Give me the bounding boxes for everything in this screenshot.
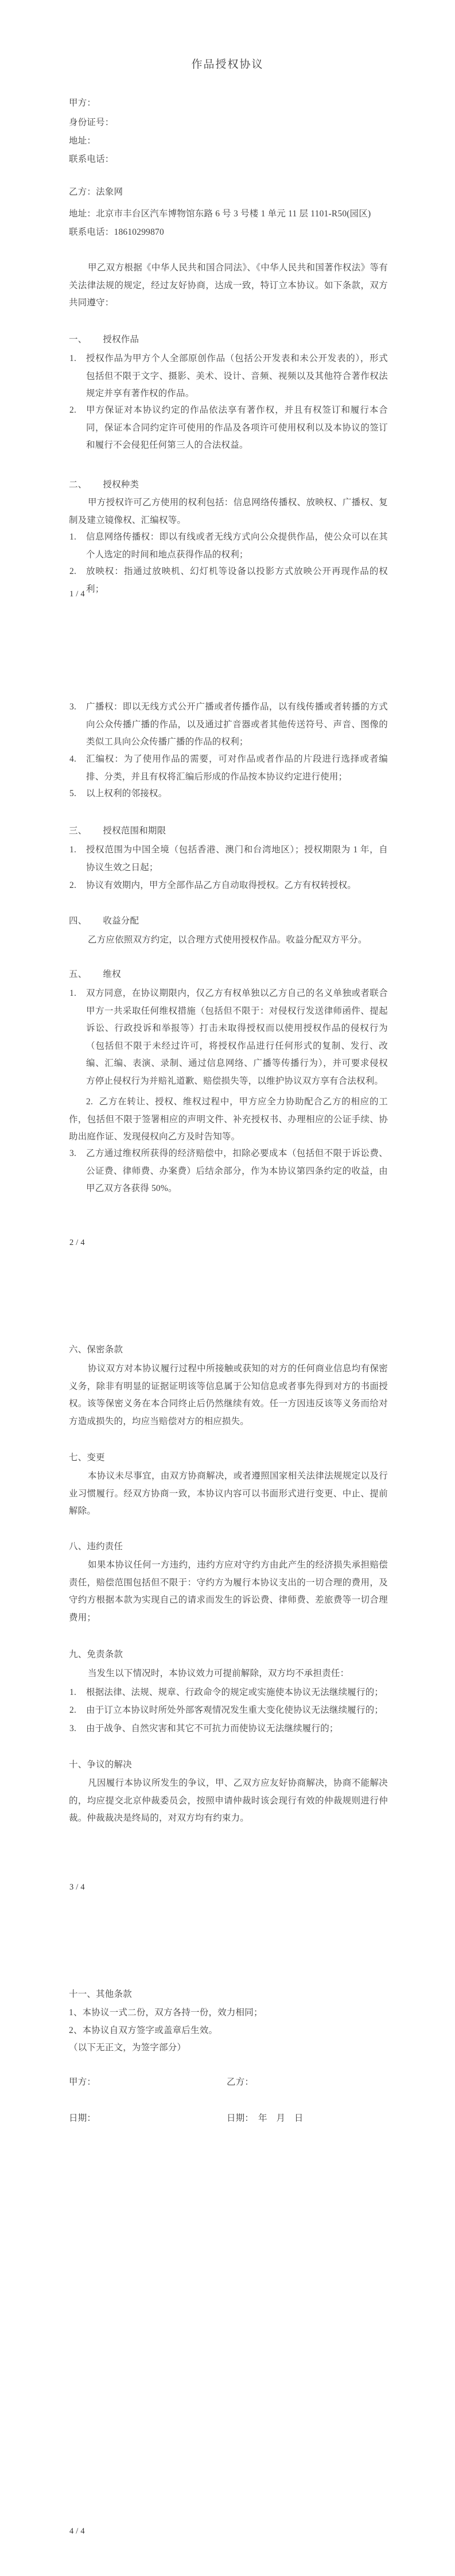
party-a-address-field: 地址： [69, 133, 388, 150]
party-b-signature-label: 乙方： [227, 2074, 254, 2092]
section-7-heading: 七、变更 [69, 1449, 388, 1467]
clause-text: 根据法律、法规、规章、行政命令的规定或实施使本协议无法继续履行的； [86, 1687, 383, 1697]
clause-item: 2.乙方在转让、授权、维权过程中，甲方应全力协助配合乙方的相应的工作，包括但不限… [69, 1093, 388, 1146]
section-2-intro: 甲方授权许可乙方使用的权利包括：信息网络传播权、放映权、广播权、复制及建立镜像权… [69, 494, 388, 529]
section-10-heading: 十、争议的解决 [69, 1756, 388, 1774]
section-10-paragraph: 凡因履行本协议所发生的争议，甲、乙双方应友好协商解决，协商不能解决的，均应提交北… [69, 1775, 388, 1828]
clause-number: 1. [69, 1684, 76, 1702]
clause-item: 1.信息网络传播权：即以有线或者无线方式向公众提供作品，使公众可以在其个人选定的… [69, 529, 388, 564]
section-1-number: 一、 [69, 335, 87, 344]
section-3-title: 授权范围和期限 [103, 826, 166, 836]
clause-number: 1. [69, 529, 76, 546]
section-4-paragraph: 乙方应依照双方约定，以合理方式使用授权作品。收益分配双方平分。 [69, 932, 388, 949]
clause-number: 2. [69, 563, 76, 581]
clause-number: 3. [69, 1720, 76, 1738]
clause-text: 协议有效期内，甲方全部作品乙方自动取得授权。乙方有权转授权。 [86, 880, 356, 890]
page-1: 作品授权协议 甲方： 身份证号： 地址： 联系电话： 乙方：法象网 地址：北京市… [0, 0, 455, 644]
page-2: 3.广播权：即以无线方式公开广播或者传播作品，以有线传播或者转播的方式向公众传播… [0, 644, 455, 1288]
clause-item: 1、本协议一式二份，双方各持一份，效力相同； [69, 2004, 388, 2022]
clause-text: 广播权：即以无线方式公开广播或者传播作品，以有线传播或者转播的方式向公众传播广播… [86, 702, 388, 747]
clause-text: 信息网络传播权：即以有线或者无线方式向公众提供作品，使公众可以在其个人选定的时间… [86, 532, 388, 560]
clause-number: 1. [69, 350, 76, 368]
section-8-heading: 八、违约责任 [69, 1538, 388, 1556]
party-a-signature-label: 甲方： [69, 2074, 227, 2092]
clause-number: 4. [69, 751, 76, 769]
party-b-name-field: 乙方：法象网 [69, 184, 388, 201]
page-4: 十一、其他条款 1、本协议一式二份，双方各持一份，效力相同； 2、本协议自双方签… [0, 1932, 455, 2576]
section-2-title: 授权种类 [103, 480, 139, 490]
clause-text: 双方同意，在协议期限内，仅乙方有权单独以乙方自己的名义单独或者联合甲方一共采取任… [86, 988, 388, 1086]
section-3-heading: 三、授权范围和期限 [69, 823, 388, 840]
clause-text: 乙方通过维权所获得的经济赔偿中，扣除必要成本（包括但不限于诉讼费、公证费、律师费… [86, 1149, 388, 1193]
clause-number: 2. [69, 1702, 76, 1720]
section-6-paragraph: 协议双方对本协议履行过程中所接触或获知的对方的任何商业信息均有保密义务，除非有明… [69, 1360, 388, 1430]
clause-item: 3.乙方通过维权所获得的经济赔偿中，扣除必要成本（包括但不限于诉讼费、公证费、律… [69, 1145, 388, 1198]
section-6-heading: 六、保密条款 [69, 1341, 388, 1359]
party-a-date-label: 日期： [69, 2110, 227, 2128]
signature-row: 甲方：乙方： [69, 2074, 388, 2092]
section-4-number: 四、 [69, 916, 87, 926]
section-4-title: 收益分配 [103, 916, 139, 926]
section-7-paragraph: 本协议未尽事宜，由双方协商解决，或者遵照国家相关法律法规规定以及行业习惯履行。经… [69, 1468, 388, 1520]
section-1-heading: 一、授权作品 [69, 331, 388, 349]
section-5-title: 维权 [103, 969, 120, 979]
date-row: 日期：日期： 年 月 日 [69, 2110, 388, 2128]
contract-document: 作品授权协议 甲方： 身份证号： 地址： 联系电话： 乙方：法象网 地址：北京市… [0, 0, 455, 2576]
section-11-heading: 十一、其他条款 [69, 1986, 388, 2004]
clause-item: 5.以上权利的邻接权。 [69, 785, 388, 803]
document-title: 作品授权协议 [0, 56, 455, 74]
clause-item: 2、本协议自双方签字或盖章后生效。 [69, 2022, 388, 2040]
clause-text: 授权范围为中国全境（包括香港、澳门和台湾地区）；授权期限为 1 年，自协议生效之… [86, 845, 388, 872]
section-8-paragraph: 如果本协议任何一方违约，违约方应对守约方由此产生的经济损失承担赔偿责任，赔偿范围… [69, 1557, 388, 1627]
clause-item: 3.由于战争、自然灾害和其它不可抗力而使协议无法继续履行的； [69, 1720, 388, 1738]
clause-text: 汇编权：为了使用作品的需要，可对作品或者作品的片段进行选择或者编排、分类，并且有… [86, 754, 388, 782]
section-5-heading: 五、维权 [69, 966, 388, 984]
clause-item: 3.广播权：即以无线方式公开广播或者传播作品，以有线传播或者转播的方式向公众传播… [69, 699, 388, 751]
section-2-number: 二、 [69, 480, 87, 490]
clause-number: 3. [69, 1145, 76, 1163]
party-a-name-field: 甲方： [69, 95, 388, 112]
party-a-phone-field: 联系电话： [69, 151, 388, 169]
clause-text: 甲方保证对本协议约定的作品依法享有著作权，并且有权签订和履行本合同，保证本合同约… [86, 405, 388, 450]
clause-number: 2. [86, 1097, 93, 1107]
clause-number: 3. [69, 699, 76, 716]
section-5-number: 五、 [69, 969, 87, 979]
clause-item: 1.双方同意，在协议期限内，仅乙方有权单独以乙方自己的名义单独或者联合甲方一共采… [69, 985, 388, 1090]
party-b-date-label: 日期： 年 月 日 [227, 2110, 304, 2128]
clause-text: 授权作品为甲方个人全部原创作品（包括公开发表和未公开发表的），形式包括但不限于文… [86, 354, 388, 398]
section-3-number: 三、 [69, 826, 87, 836]
clause-item: 1.授权作品为甲方个人全部原创作品（包括公开发表和未公开发表的），形式包括但不限… [69, 350, 388, 403]
page-3: 六、保密条款 协议双方对本协议履行过程中所接触或获知的对方的任何商业信息均有保密… [0, 1288, 455, 1932]
clause-number: 2. [69, 402, 76, 420]
clause-text: 乙方在转让、授权、维权过程中，甲方应全力协助配合乙方的相应的工作，包括但不限于签… [69, 1097, 388, 1142]
clause-item: 2.协议有效期内，甲方全部作品乙方自动取得授权。乙方有权转授权。 [69, 877, 388, 895]
preamble-paragraph: 甲乙双方根据《中华人民共和国合同法》、《中华人民共和国著作权法》等有关法律法规的… [69, 259, 388, 312]
party-b-phone-field: 联系电话：18610299870 [69, 224, 388, 242]
clause-text: 由于订立本协议时所处外部客观情况发生重大变化使协议无法继续履行的； [86, 1705, 383, 1715]
signature-note: （以下无正文，为签字部分） [69, 2039, 388, 2057]
page-number: 1 / 4 [69, 585, 138, 603]
clause-item: 1.授权范围为中国全境（包括香港、澳门和台湾地区）；授权期限为 1 年，自协议生… [69, 841, 388, 876]
clause-item: 1.根据法律、法规、规章、行政命令的规定或实施使本协议无法继续履行的； [69, 1684, 388, 1702]
clause-text: 由于战争、自然灾害和其它不可抗力而使协议无法继续履行的； [86, 1724, 339, 1733]
clause-number: 5. [69, 785, 76, 803]
clause-number: 2. [69, 877, 76, 895]
clause-item: 4.汇编权：为了使用作品的需要，可对作品或者作品的片段进行选择或者编排、分类，并… [69, 751, 388, 786]
clause-item: 2.甲方保证对本协议约定的作品依法享有著作权，并且有权签订和履行本合同，保证本合… [69, 402, 388, 455]
party-b-address-field: 地址：北京市丰台区汽车博物馆东路 6 号 3 号楼 1 单元 11 层 1101… [69, 205, 388, 223]
clause-number: 1. [69, 841, 76, 859]
section-2-heading: 二、授权种类 [69, 476, 388, 494]
clause-item: 2.由于订立本协议时所处外部客观情况发生重大变化使协议无法继续履行的； [69, 1702, 388, 1720]
page-number: 4 / 4 [69, 2523, 138, 2540]
party-a-id-field: 身份证号： [69, 114, 388, 132]
page-number: 2 / 4 [69, 1234, 138, 1252]
clause-text: 以上权利的邻接权。 [86, 789, 167, 798]
page-number: 3 / 4 [69, 1879, 138, 1896]
section-1-title: 授权作品 [103, 335, 139, 344]
section-9-heading: 九、免责条款 [69, 1646, 388, 1664]
clause-number: 1. [69, 985, 76, 1003]
section-9-paragraph: 当发生以下情况时，本协议效力可提前解除，双方均不承担责任： [69, 1665, 388, 1683]
section-4-heading: 四、收益分配 [69, 913, 388, 930]
